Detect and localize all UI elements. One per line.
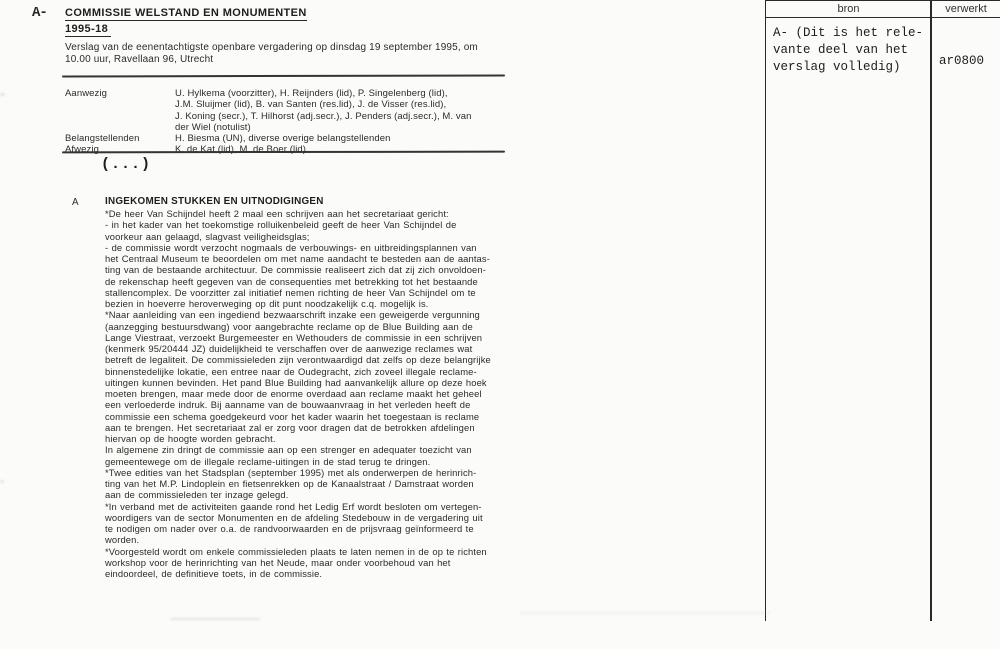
attendance-label: Aanwezig bbox=[65, 88, 175, 133]
scan-artifact bbox=[0, 93, 5, 96]
scan-artifact bbox=[520, 612, 770, 614]
title-line-2: 1995-18 bbox=[65, 23, 111, 37]
scan-artifact bbox=[0, 480, 4, 483]
processing-table-header: bron verwerkt bbox=[766, 1, 1000, 18]
section-marker: A bbox=[72, 197, 79, 208]
scanned-document-page: A- COMMISSIE WELSTAND EN MONUMENTEN 1995… bbox=[0, 0, 1000, 649]
column-header-bron: bron bbox=[766, 1, 931, 17]
archive-code: ar0800 bbox=[939, 54, 984, 68]
attendance-row-aanwezig: Aanwezig U. Hylkema (voorzitter), H. Rei… bbox=[65, 88, 515, 133]
section-body-text: *De heer Van Schijndel heeft 2 maal een … bbox=[105, 208, 535, 579]
document-title: COMMISSIE WELSTAND EN MONUMENTEN 1995-18 bbox=[65, 7, 307, 39]
attendance-label: Belangstellenden bbox=[65, 133, 175, 144]
title-line-1: COMMISSIE WELSTAND EN MONUMENTEN bbox=[65, 7, 307, 21]
column-header-verwerkt: verwerkt bbox=[931, 1, 1000, 17]
section-heading: INGEKOMEN STUKKEN EN UITNODIGINGEN bbox=[105, 196, 324, 207]
typed-source-note: A- (Dit is het rele-vante deel van hetve… bbox=[773, 25, 928, 76]
processing-table: bron verwerkt A- (Dit is het rele-vante … bbox=[765, 0, 1000, 621]
scan-artifact bbox=[170, 618, 260, 620]
margin-mark-a: A- bbox=[32, 5, 47, 21]
meeting-description: Verslag van de eenentachtigste openbare … bbox=[65, 42, 515, 65]
attendance-list: Aanwezig U. Hylkema (voorzitter), H. Rei… bbox=[65, 88, 515, 156]
table-column-divider bbox=[930, 1, 932, 621]
attendance-row-belangstellenden: Belangstellenden H. Biesma (UN), diverse… bbox=[65, 133, 515, 144]
horizontal-rule-top bbox=[62, 75, 505, 78]
attendance-value: U. Hylkema (voorzitter), H. Reijnders (l… bbox=[175, 88, 515, 133]
attendance-value: H. Biesma (UN), diverse overige belangst… bbox=[175, 133, 515, 144]
attendance-label: Afwezig bbox=[65, 144, 175, 155]
omission-mark: (...) bbox=[101, 156, 151, 173]
